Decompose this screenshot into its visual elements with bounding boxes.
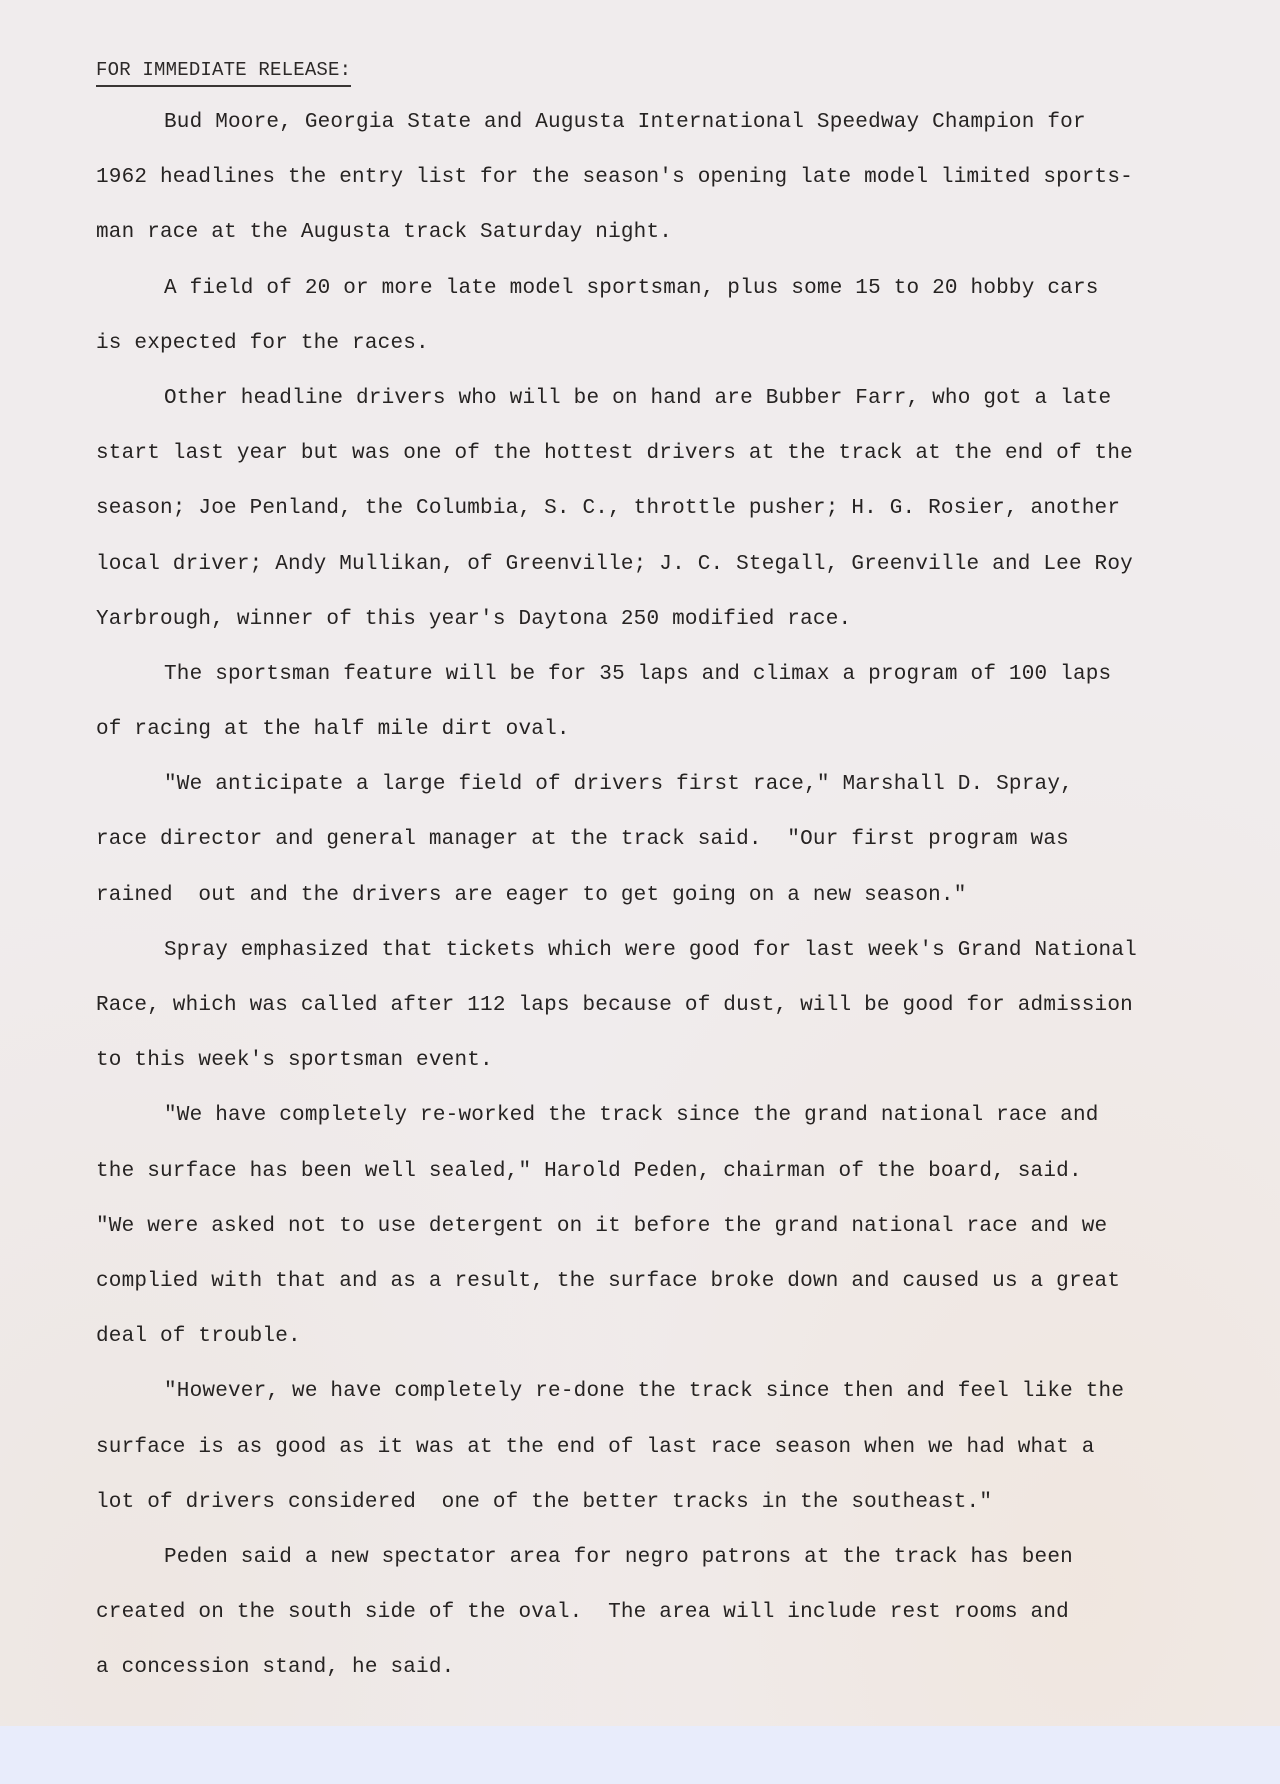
paragraph-feature-laps: The sportsman feature will be for 35 lap… [96,647,1256,757]
typewritten-page: FOR IMMEDIATE RELEASE: Bud Moore, Georgi… [0,0,1280,1726]
text-line: the surface has been well sealed," Harol… [96,1144,1256,1199]
text-line: start last year but was one of the hotte… [96,426,1256,481]
text-line: Race, which was called after 112 laps be… [96,978,1256,1033]
text-line: season; Joe Penland, the Columbia, S. C.… [96,481,1256,536]
text-line: Bud Moore, Georgia State and Augusta Int… [96,95,1256,150]
text-line: Peden said a new spectator area for negr… [96,1530,1256,1585]
text-line: The sportsman feature will be for 35 lap… [96,647,1256,702]
text-line: "However, we have completely re-done the… [96,1364,1256,1419]
text-line: lot of drivers considered one of the bet… [96,1475,1256,1530]
text-line: local driver; Andy Mullikan, of Greenvil… [96,537,1256,592]
paragraph-headline-drivers: Other headline drivers who will be on ha… [96,371,1256,647]
paragraph-spray-quote: "We anticipate a large field of drivers … [96,757,1256,923]
text-line: "We were asked not to use detergent on i… [96,1199,1256,1254]
text-line: A field of 20 or more late model sportsm… [96,261,1256,316]
text-line: deal of trouble. [96,1309,1256,1364]
paragraph-however: "However, we have completely re-done the… [96,1364,1256,1530]
text-line: Yarbrough, winner of this year's Daytona… [96,592,1256,647]
scan-bottom-margin [0,1726,1280,1784]
paragraph-field-size: A field of 20 or more late model sportsm… [96,261,1256,371]
text-line: rained out and the drivers are eager to … [96,868,1256,923]
text-line: complied with that and as a result, the … [96,1254,1256,1309]
text-line: race director and general manager at the… [96,812,1256,867]
text-line: "We anticipate a large field of drivers … [96,757,1256,812]
paragraph-spectator-area: Peden said a new spectator area for negr… [96,1530,1256,1696]
text-line: Other headline drivers who will be on ha… [96,371,1256,426]
paragraph-bud-moore: Bud Moore, Georgia State and Augusta Int… [96,95,1256,261]
text-line: a concession stand, he said. [96,1640,1256,1695]
text-line: to this week's sportsman event. [96,1033,1256,1088]
text-line: "We have completely re-worked the track … [96,1088,1256,1143]
text-line: Spray emphasized that tickets which were… [96,923,1256,978]
text-line: created on the south side of the oval. T… [96,1585,1256,1640]
text-line: of racing at the half mile dirt oval. [96,702,1256,757]
press-release: FOR IMMEDIATE RELEASE: Bud Moore, Georgi… [96,58,1256,1695]
text-line: man race at the Augusta track Saturday n… [96,205,1256,260]
paragraph-peden-track-rework: "We have completely re-worked the track … [96,1088,1256,1364]
text-line: surface is as good as it was at the end … [96,1420,1256,1475]
paragraph-tickets: Spray emphasized that tickets which were… [96,923,1256,1089]
text-line: 1962 headlines the entry list for the se… [96,150,1256,205]
text-line: is expected for the races. [96,316,1256,371]
release-heading: FOR IMMEDIATE RELEASE: [96,58,351,87]
